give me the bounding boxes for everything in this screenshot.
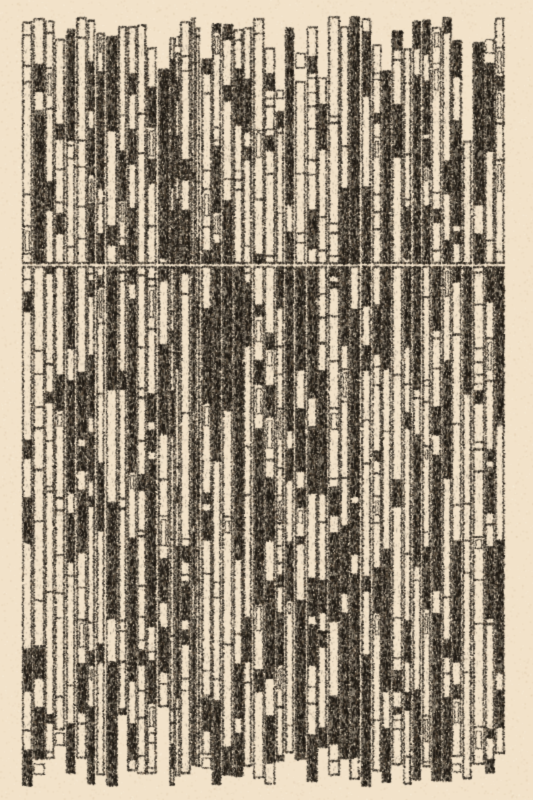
artwork-page bbox=[0, 0, 533, 800]
artwork-canvas bbox=[0, 0, 533, 800]
generative-artwork bbox=[0, 0, 533, 800]
